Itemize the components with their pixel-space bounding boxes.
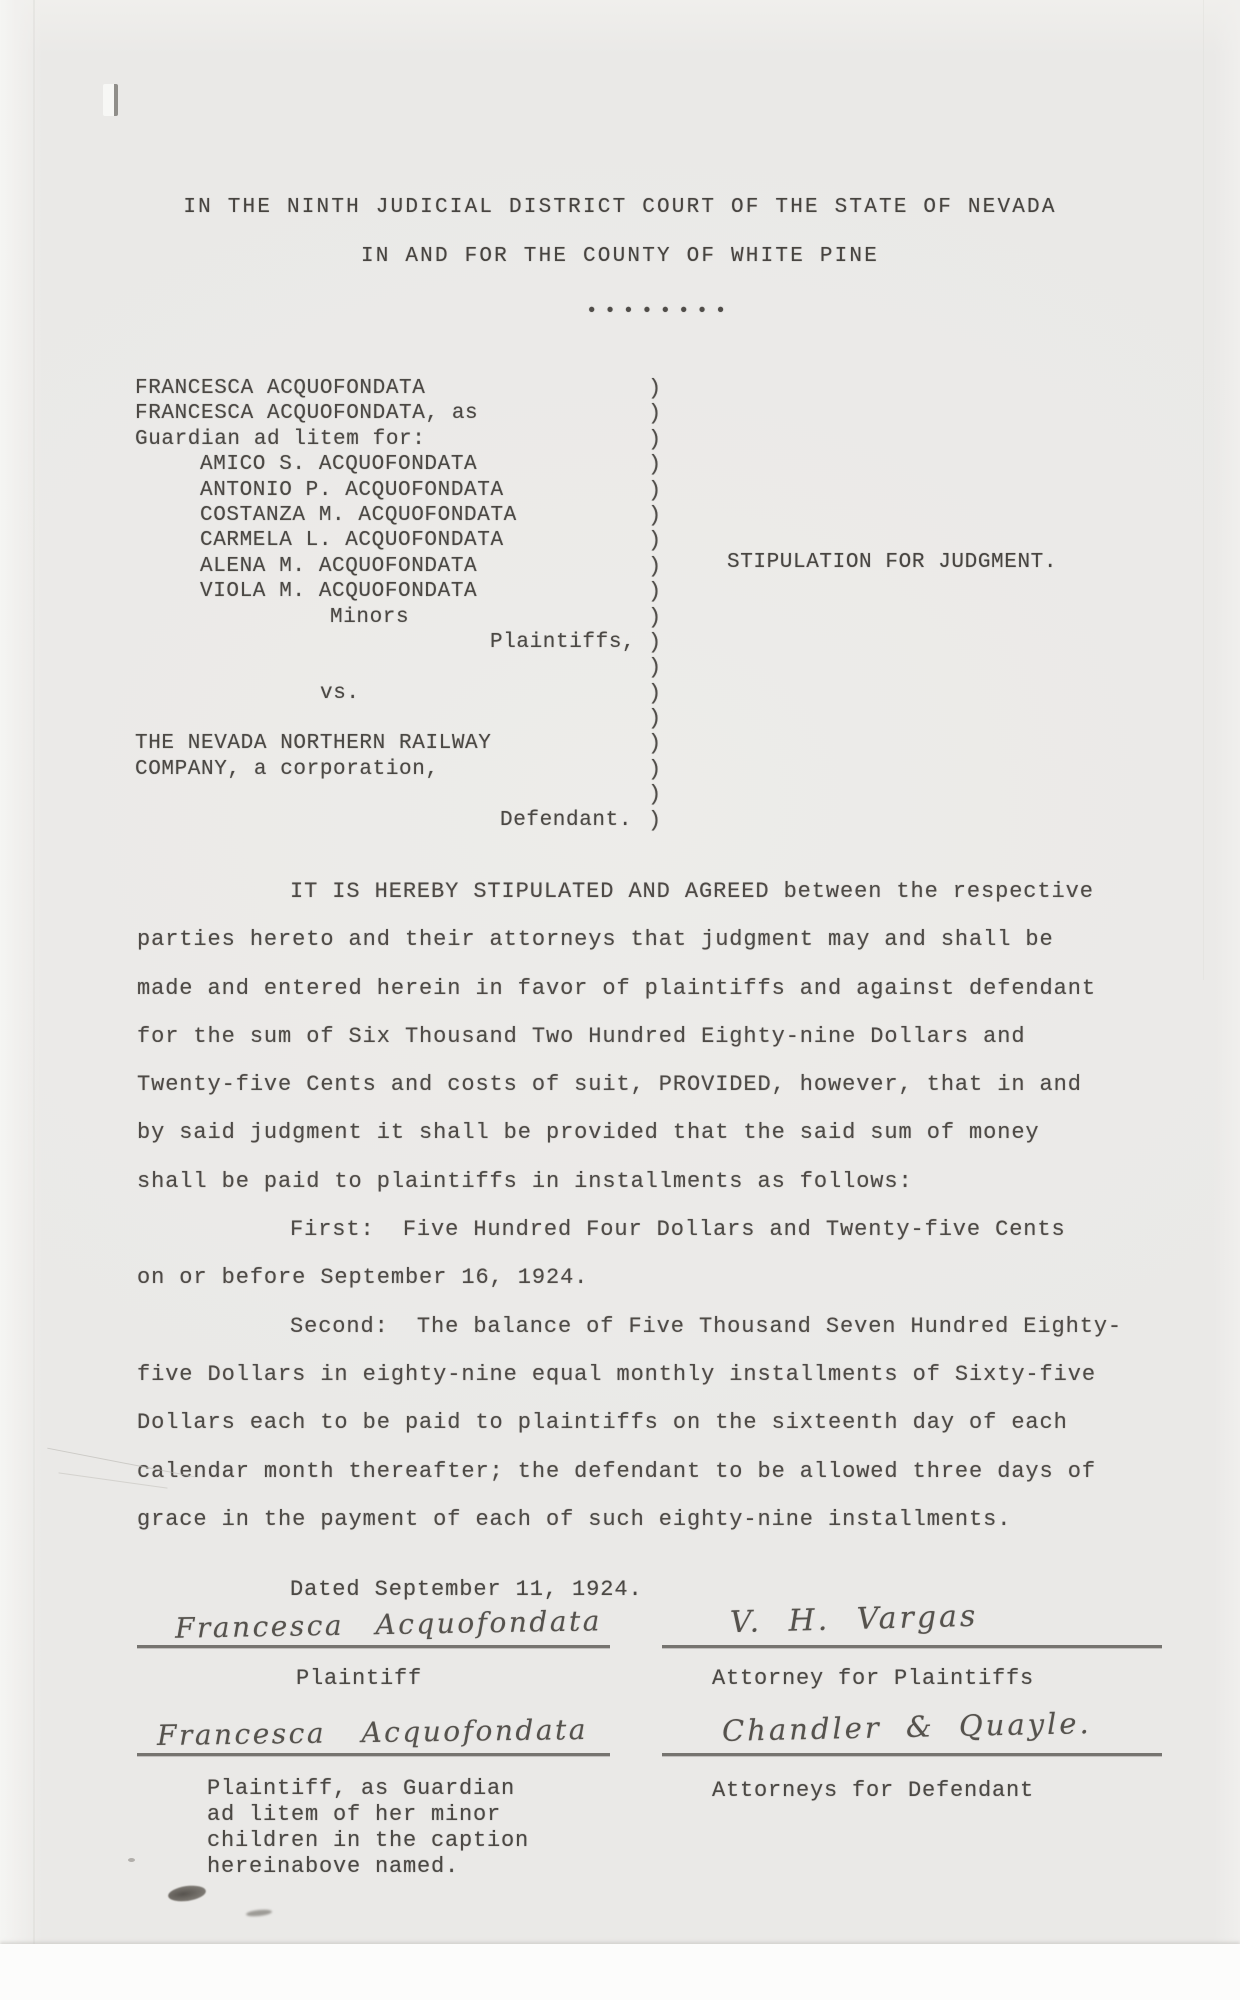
caption-bracket: ) <box>648 605 661 630</box>
signature-line-attorney-defendant <box>662 1753 1162 1756</box>
caption-bracket: ) <box>648 503 661 528</box>
scanned-legal-document-page: IN THE NINTH JUDICIAL DISTRICT COURT OF … <box>0 0 1240 2000</box>
caption-bracket: ) <box>648 630 661 655</box>
caption-bracket: ) <box>648 478 661 503</box>
document-title: STIPULATION FOR JUDGMENT. <box>727 551 1057 574</box>
caption-bracket-column: )))))))))))))))))) <box>648 376 661 833</box>
ink-speck <box>128 1858 135 1862</box>
guardian-signature-handwriting: Francesca Acquofondata <box>157 1713 588 1752</box>
caption-line-minor: VIOLA M. ACQUOFONDATA <box>0 579 1240 604</box>
body-line: on or before September 16, 1924. <box>0 1254 1240 1302</box>
caption-plaintiffs-label: Plaintiffs, <box>0 630 1240 655</box>
caption-line-minor: AMICO S. ACQUOFONDATA <box>0 452 1240 477</box>
guardian-label-line: hereinabove named. <box>207 1854 529 1880</box>
paper-bottom-edge <box>0 1944 1240 2000</box>
court-header-line2: IN AND FOR THE COUNTY OF WHITE PINE <box>0 245 1240 268</box>
signature-line-plaintiff <box>137 1645 610 1648</box>
body-line: Dollars each to be paid to plaintiffs on… <box>0 1399 1240 1447</box>
body-line: shall be paid to plaintiffs in installme… <box>0 1158 1240 1206</box>
guardian-label-line: ad litem of her minor <box>207 1802 529 1828</box>
caption-blank-line <box>0 782 1240 807</box>
body-line: IT IS HEREBY STIPULATED AND AGREED betwe… <box>0 868 1240 916</box>
caption-bracket: ) <box>648 731 661 756</box>
attorney-defendant-label: Attorneys for Defendant <box>712 1778 1034 1803</box>
caption-blank-line <box>0 655 1240 680</box>
caption-defendant-name: THE NEVADA NORTHERN RAILWAY <box>0 731 1240 756</box>
caption-line: FRANCESCA ACQUOFONDATA <box>0 376 1240 401</box>
caption-bracket: ) <box>648 376 661 401</box>
caption-bracket: ) <box>648 427 661 452</box>
separator-dots: •••••••• <box>586 300 733 322</box>
caption-bracket: ) <box>648 452 661 477</box>
signature-line-guardian <box>137 1753 610 1756</box>
attorney-defendant-signature-handwriting: Chandler & Quayle. <box>722 1706 1092 1748</box>
caption-minors-label: Minors <box>0 605 1240 630</box>
caption-line: FRANCESCA ACQUOFONDATA, as <box>0 401 1240 426</box>
paper-defect-mark <box>103 84 118 116</box>
stipulation-body: IT IS HEREBY STIPULATED AND AGREED betwe… <box>0 868 1240 1544</box>
ink-smudge <box>246 1909 272 1918</box>
case-caption: FRANCESCA ACQUOFONDATA FRANCESCA ACQUOFO… <box>0 376 1240 833</box>
guardian-label-line: children in the caption <box>207 1828 529 1854</box>
body-line: five Dollars in eighty-nine equal monthl… <box>0 1351 1240 1399</box>
caption-defendant-label: Defendant. <box>0 808 1240 833</box>
caption-line: Guardian ad litem for: <box>0 427 1240 452</box>
plaintiff-label: Plaintiff <box>296 1666 422 1691</box>
caption-bracket: ) <box>648 808 661 833</box>
body-line-first-clause: First: Five Hundred Four Dollars and Twe… <box>0 1206 1240 1254</box>
caption-bracket: ) <box>648 579 661 604</box>
guardian-label-line: Plaintiff, as Guardian <box>207 1776 529 1802</box>
caption-defendant-name: COMPANY, a corporation, <box>0 757 1240 782</box>
signature-line-attorney-plaintiffs <box>662 1645 1162 1648</box>
caption-bracket: ) <box>648 706 661 731</box>
caption-bracket: ) <box>648 554 661 579</box>
caption-line-minor: CARMELA L. ACQUOFONDATA <box>0 528 1240 553</box>
caption-bracket: ) <box>648 782 661 807</box>
ink-smudge <box>167 1883 207 1903</box>
caption-bracket: ) <box>648 528 661 553</box>
caption-blank-line <box>0 706 1240 731</box>
caption-bracket: ) <box>648 401 661 426</box>
body-line: calendar month thereafter; the defendant… <box>0 1448 1240 1496</box>
court-header-line1: IN THE NINTH JUDICIAL DISTRICT COURT OF … <box>0 196 1240 219</box>
caption-line-minor: COSTANZA M. ACQUOFONDATA <box>0 503 1240 528</box>
caption-bracket: ) <box>648 757 661 782</box>
body-line: Twenty-five Cents and costs of suit, PRO… <box>0 1061 1240 1109</box>
caption-line-minor: ANTONIO P. ACQUOFONDATA <box>0 478 1240 503</box>
caption-bracket: ) <box>648 681 661 706</box>
body-line: grace in the payment of each of such eig… <box>0 1496 1240 1544</box>
body-line: for the sum of Six Thousand Two Hundred … <box>0 1013 1240 1061</box>
body-line: made and entered herein in favor of plai… <box>0 965 1240 1013</box>
body-line: parties hereto and their attorneys that … <box>0 916 1240 964</box>
attorney-plaintiffs-label: Attorney for Plaintiffs <box>712 1666 1034 1691</box>
plaintiff-signature-handwriting: Francesca Acquofondata <box>175 1604 602 1644</box>
caption-vs-label: vs. <box>0 681 1240 706</box>
guardian-label-block: Plaintiff, as Guardian ad litem of her m… <box>207 1776 529 1880</box>
caption-bracket: ) <box>648 655 661 680</box>
body-line: by said judgment it shall be provided th… <box>0 1109 1240 1157</box>
body-line-second-clause: Second: The balance of Five Thousand Sev… <box>0 1303 1240 1351</box>
attorney-plaintiffs-signature-handwriting: V. H. Vargas <box>730 1599 979 1640</box>
